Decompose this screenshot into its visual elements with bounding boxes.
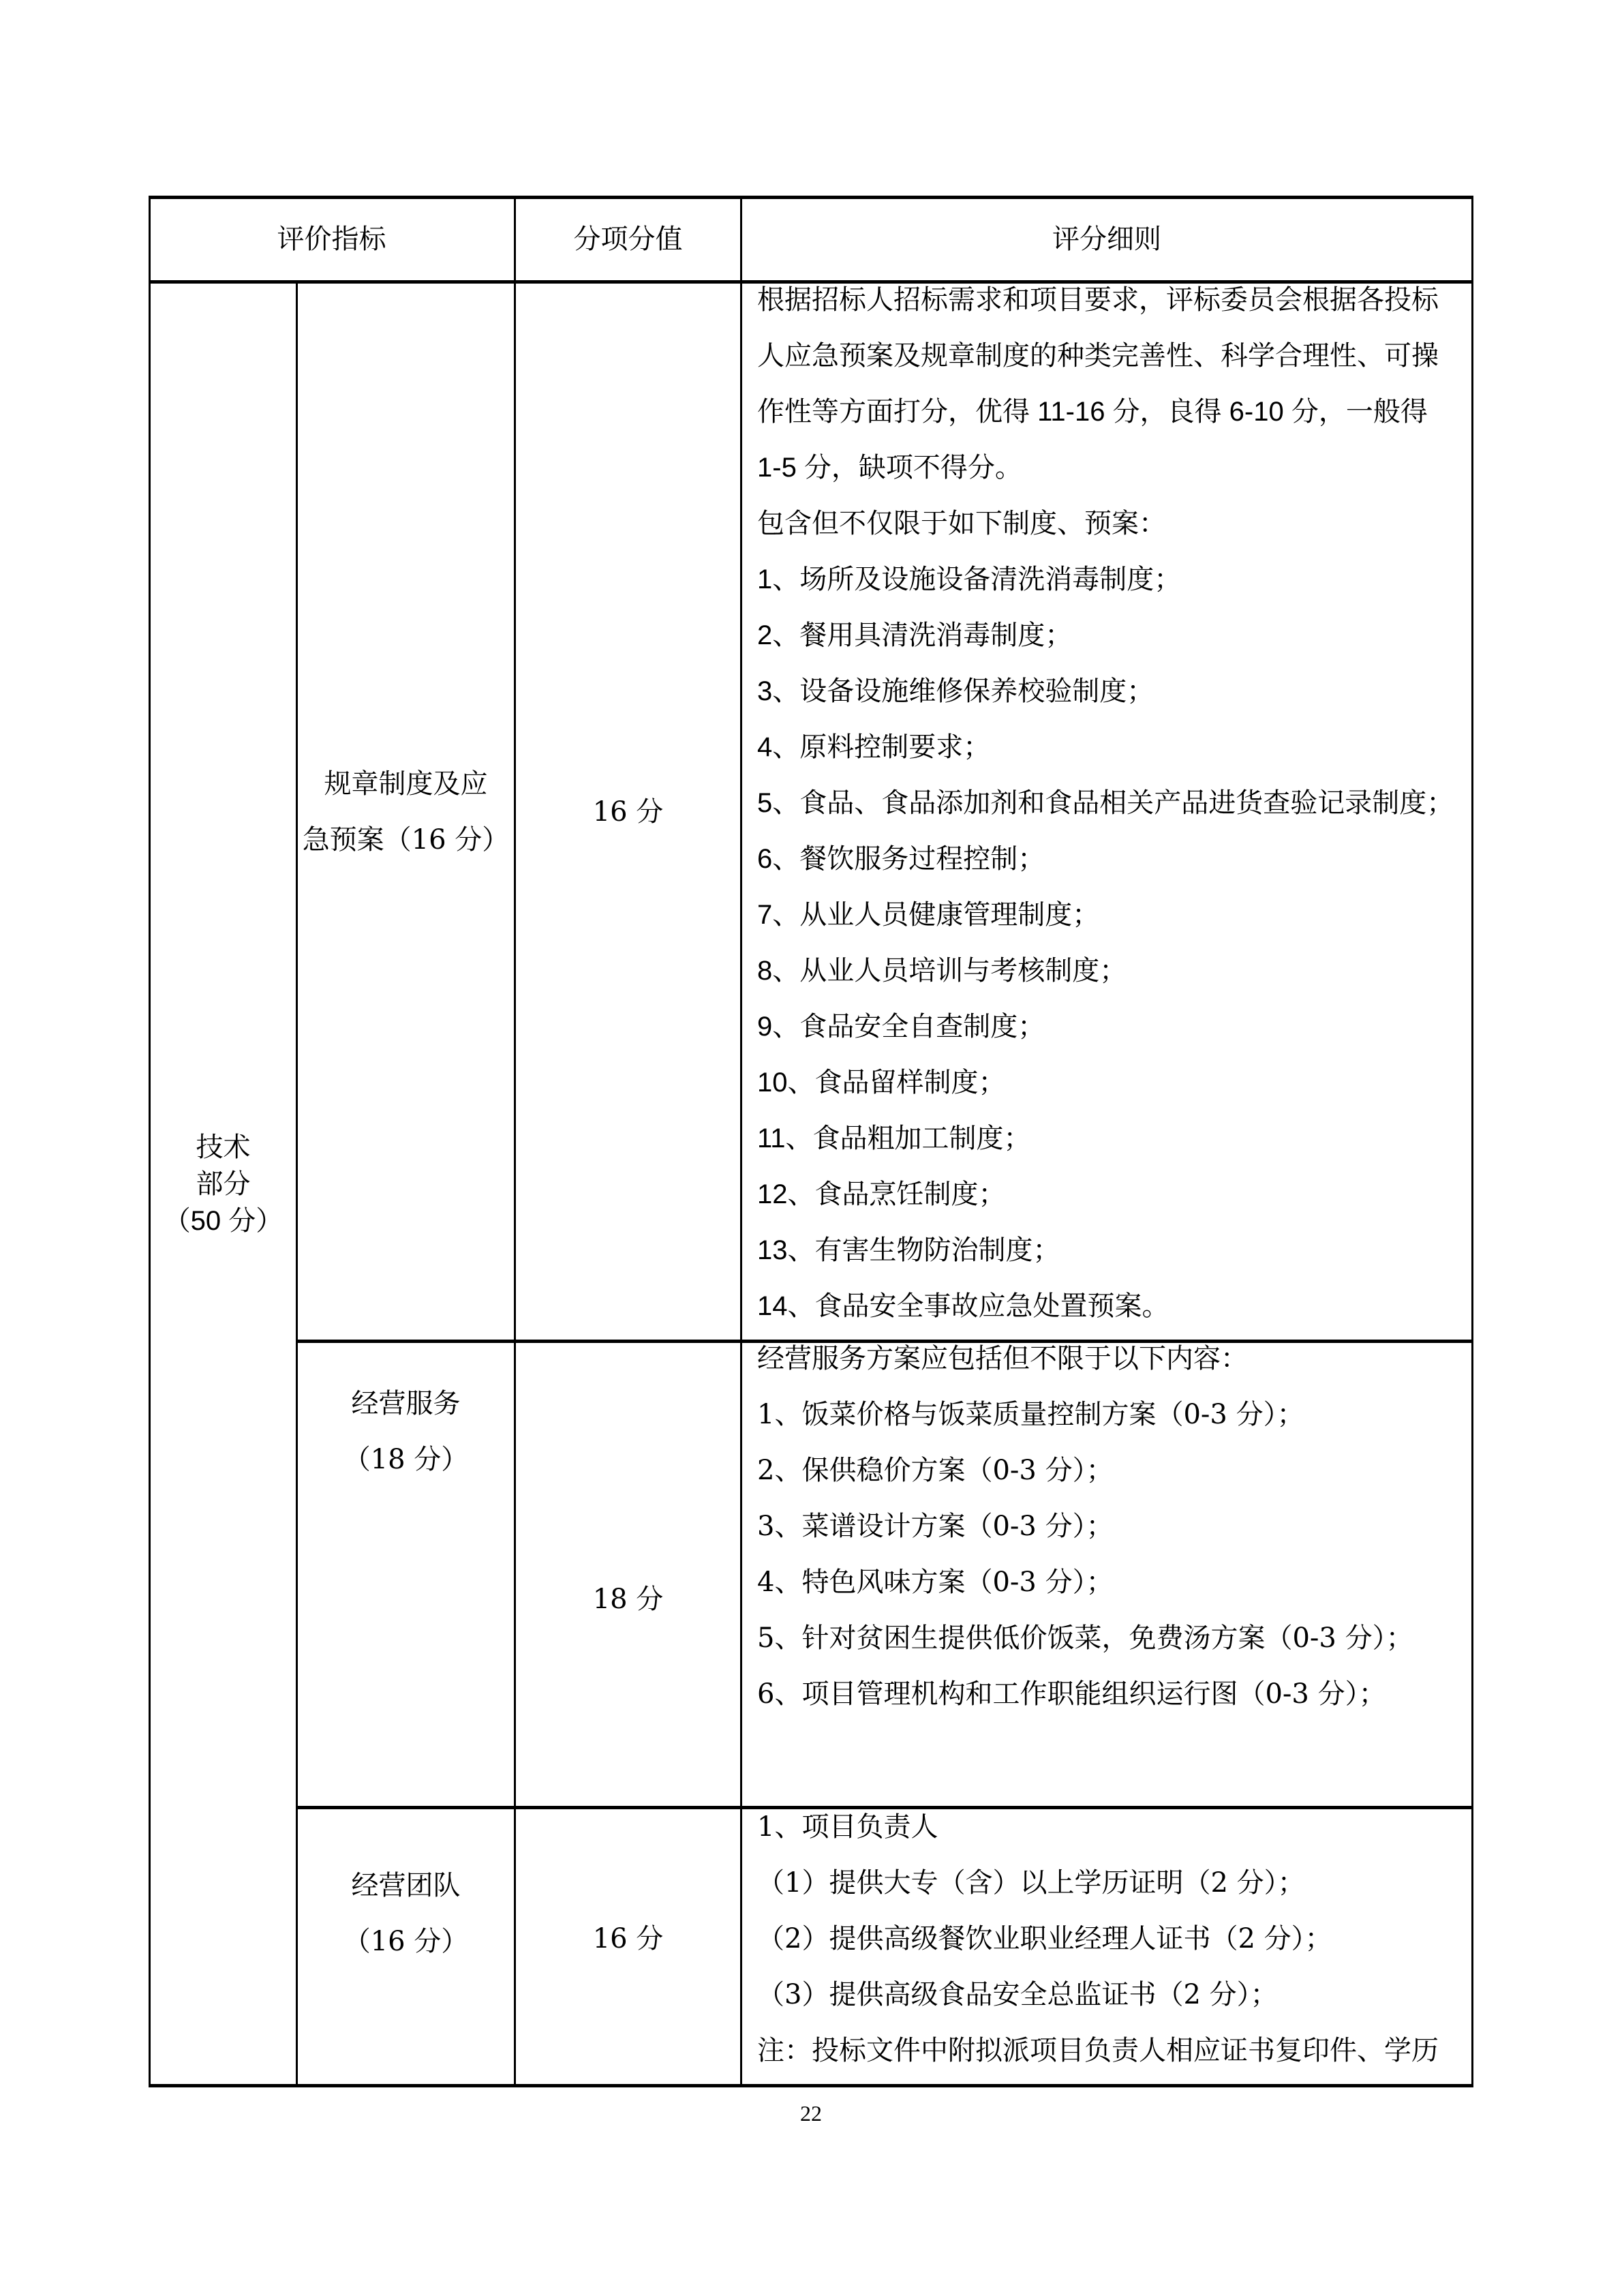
detail-line: 4、原料控制要求； [757,719,1463,775]
row-2-details: 经营服务方案应包括但不限于以下内容： 1、饭菜价格与饭菜质量控制方案（0-3 分… [742,1331,1471,1806]
detail-line: 1-5 分，缺项不得分。 [757,440,1463,496]
detail-line: 10、食品留样制度； [757,1055,1463,1111]
row-2-score: 18 分 [516,1558,740,1640]
category-line-3: （50 分） [164,1203,284,1239]
detail-line: 1、饭菜价格与饭菜质量控制方案（0-3 分）； [757,1387,1463,1442]
row-3-indicator-line-2: （16 分） [343,1914,469,1969]
row-1-indicator-line-2: 急预案（16 分） [303,812,510,868]
detail-line: 6、餐饮服务过程控制； [757,831,1463,887]
detail-line: （3）提供高级食品安全总监证书（2 分）； [757,1967,1463,2023]
detail-line: 8、从业人员培训与考核制度； [757,943,1463,999]
row-1-score: 16 分 [516,284,740,1340]
detail-line: 根据招标人招标需求和项目要求，评标委员会根据各投标 [757,272,1463,328]
detail-line: 13、有害生物防治制度； [757,1222,1463,1278]
category-line-1: 技术 [196,1129,251,1166]
document-page: 评价指标 分项分值 评分细则 技术 部分 （50 分） 规章制度及应 急预案（1… [0,0,1622,2296]
detail-line: 5、针对贫困生提供低价饭菜，免费汤方案（0-3 分）； [757,1610,1463,1666]
detail-line: 1、场所及设施设备清洗消毒制度； [757,552,1463,607]
scoring-table: 评价指标 分项分值 评分细则 技术 部分 （50 分） 规章制度及应 急预案（1… [149,196,1473,2086]
category-line-2: 部分 [196,1166,251,1203]
detail-line: 5、食品、食品添加剂和食品相关产品进货查验记录制度； [757,775,1463,831]
detail-line: 人应急预案及规章制度的种类完善性、科学合理性、可操 [757,328,1463,384]
detail-line: 经营服务方案应包括但不限于以下内容： [757,1331,1463,1387]
detail-line: 4、特色风味方案（0-3 分）； [757,1554,1463,1610]
row-2-indicator-line-1: 经营服务 [352,1376,461,1432]
row-2-indicator: 经营服务 （18 分） [298,1343,514,1520]
row-3-indicator-line-1: 经营团队 [352,1858,461,1914]
detail-line: 注：投标文件中附拟派项目负责人相应证书复印件、学历 [757,2023,1463,2079]
header-indicator-label: 评价指标 [277,211,386,267]
row-2-indicator-line-2: （18 分） [343,1432,469,1487]
detail-line: 2、保供稳价方案（0-3 分）； [757,1442,1463,1498]
row-3-details: 1、项目负责人 （1）提供大专（含）以上学历证明（2 分）； （2）提供高级餐饮… [742,1799,1471,2084]
header-score-value: 分项分值 [515,198,741,281]
table-border-right [1471,196,1473,2087]
detail-line: 3、设备设施维修保养校验制度； [757,663,1463,719]
detail-line: 14、食品安全事故应急处置预案。 [757,1278,1463,1334]
detail-line: 2、餐用具清洗消毒制度； [757,607,1463,663]
page-number: 22 [797,2101,825,2126]
header-indicator: 评价指标 [149,198,515,281]
row-3-indicator: 经营团队 （16 分） [298,1830,514,1997]
row-2-score-value: 18 分 [593,1571,664,1627]
header-score-value-label: 分项分值 [574,211,683,267]
detail-line: 3、菜谱设计方案（0-3 分）； [757,1498,1463,1554]
table-border-bottom [149,2084,1473,2087]
detail-line: 7、从业人员健康管理制度； [757,887,1463,943]
row-1-score-value: 16 分 [593,784,664,840]
row-3-score-value: 16 分 [593,1911,664,1967]
row-1-details: 根据招标人招标需求和项目要求，评标委员会根据各投标 人应急预案及规章制度的种类完… [742,272,1471,1340]
row-3-score: 16 分 [516,1898,740,1980]
detail-line: （1）提供大专（含）以上学历证明（2 分）； [757,1855,1463,1911]
detail-line: 1、项目负责人 [757,1799,1463,1855]
detail-line: 6、项目管理机构和工作职能组织运行图（0-3 分）； [757,1666,1463,1722]
header-criteria: 评分细则 [741,198,1472,281]
detail-line: 包含但不仅限于如下制度、预案： [757,496,1463,552]
category-technical: 技术 部分 （50 分） [151,284,296,2084]
header-criteria-label: 评分细则 [1052,211,1161,267]
detail-line: 12、食品烹饪制度； [757,1166,1463,1222]
detail-line: 作性等方面打分，优得 11-16 分，良得 6-10 分，一般得 [757,384,1463,440]
detail-line: （2）提供高级餐饮业职业经理人证书（2 分）； [757,1911,1463,1967]
detail-line: 11、食品粗加工制度； [757,1111,1463,1166]
detail-line: 9、食品安全自查制度； [757,999,1463,1055]
row-1-indicator-line-1: 规章制度及应 [324,756,488,812]
row-1-indicator: 规章制度及应 急预案（16 分） [298,284,514,1340]
